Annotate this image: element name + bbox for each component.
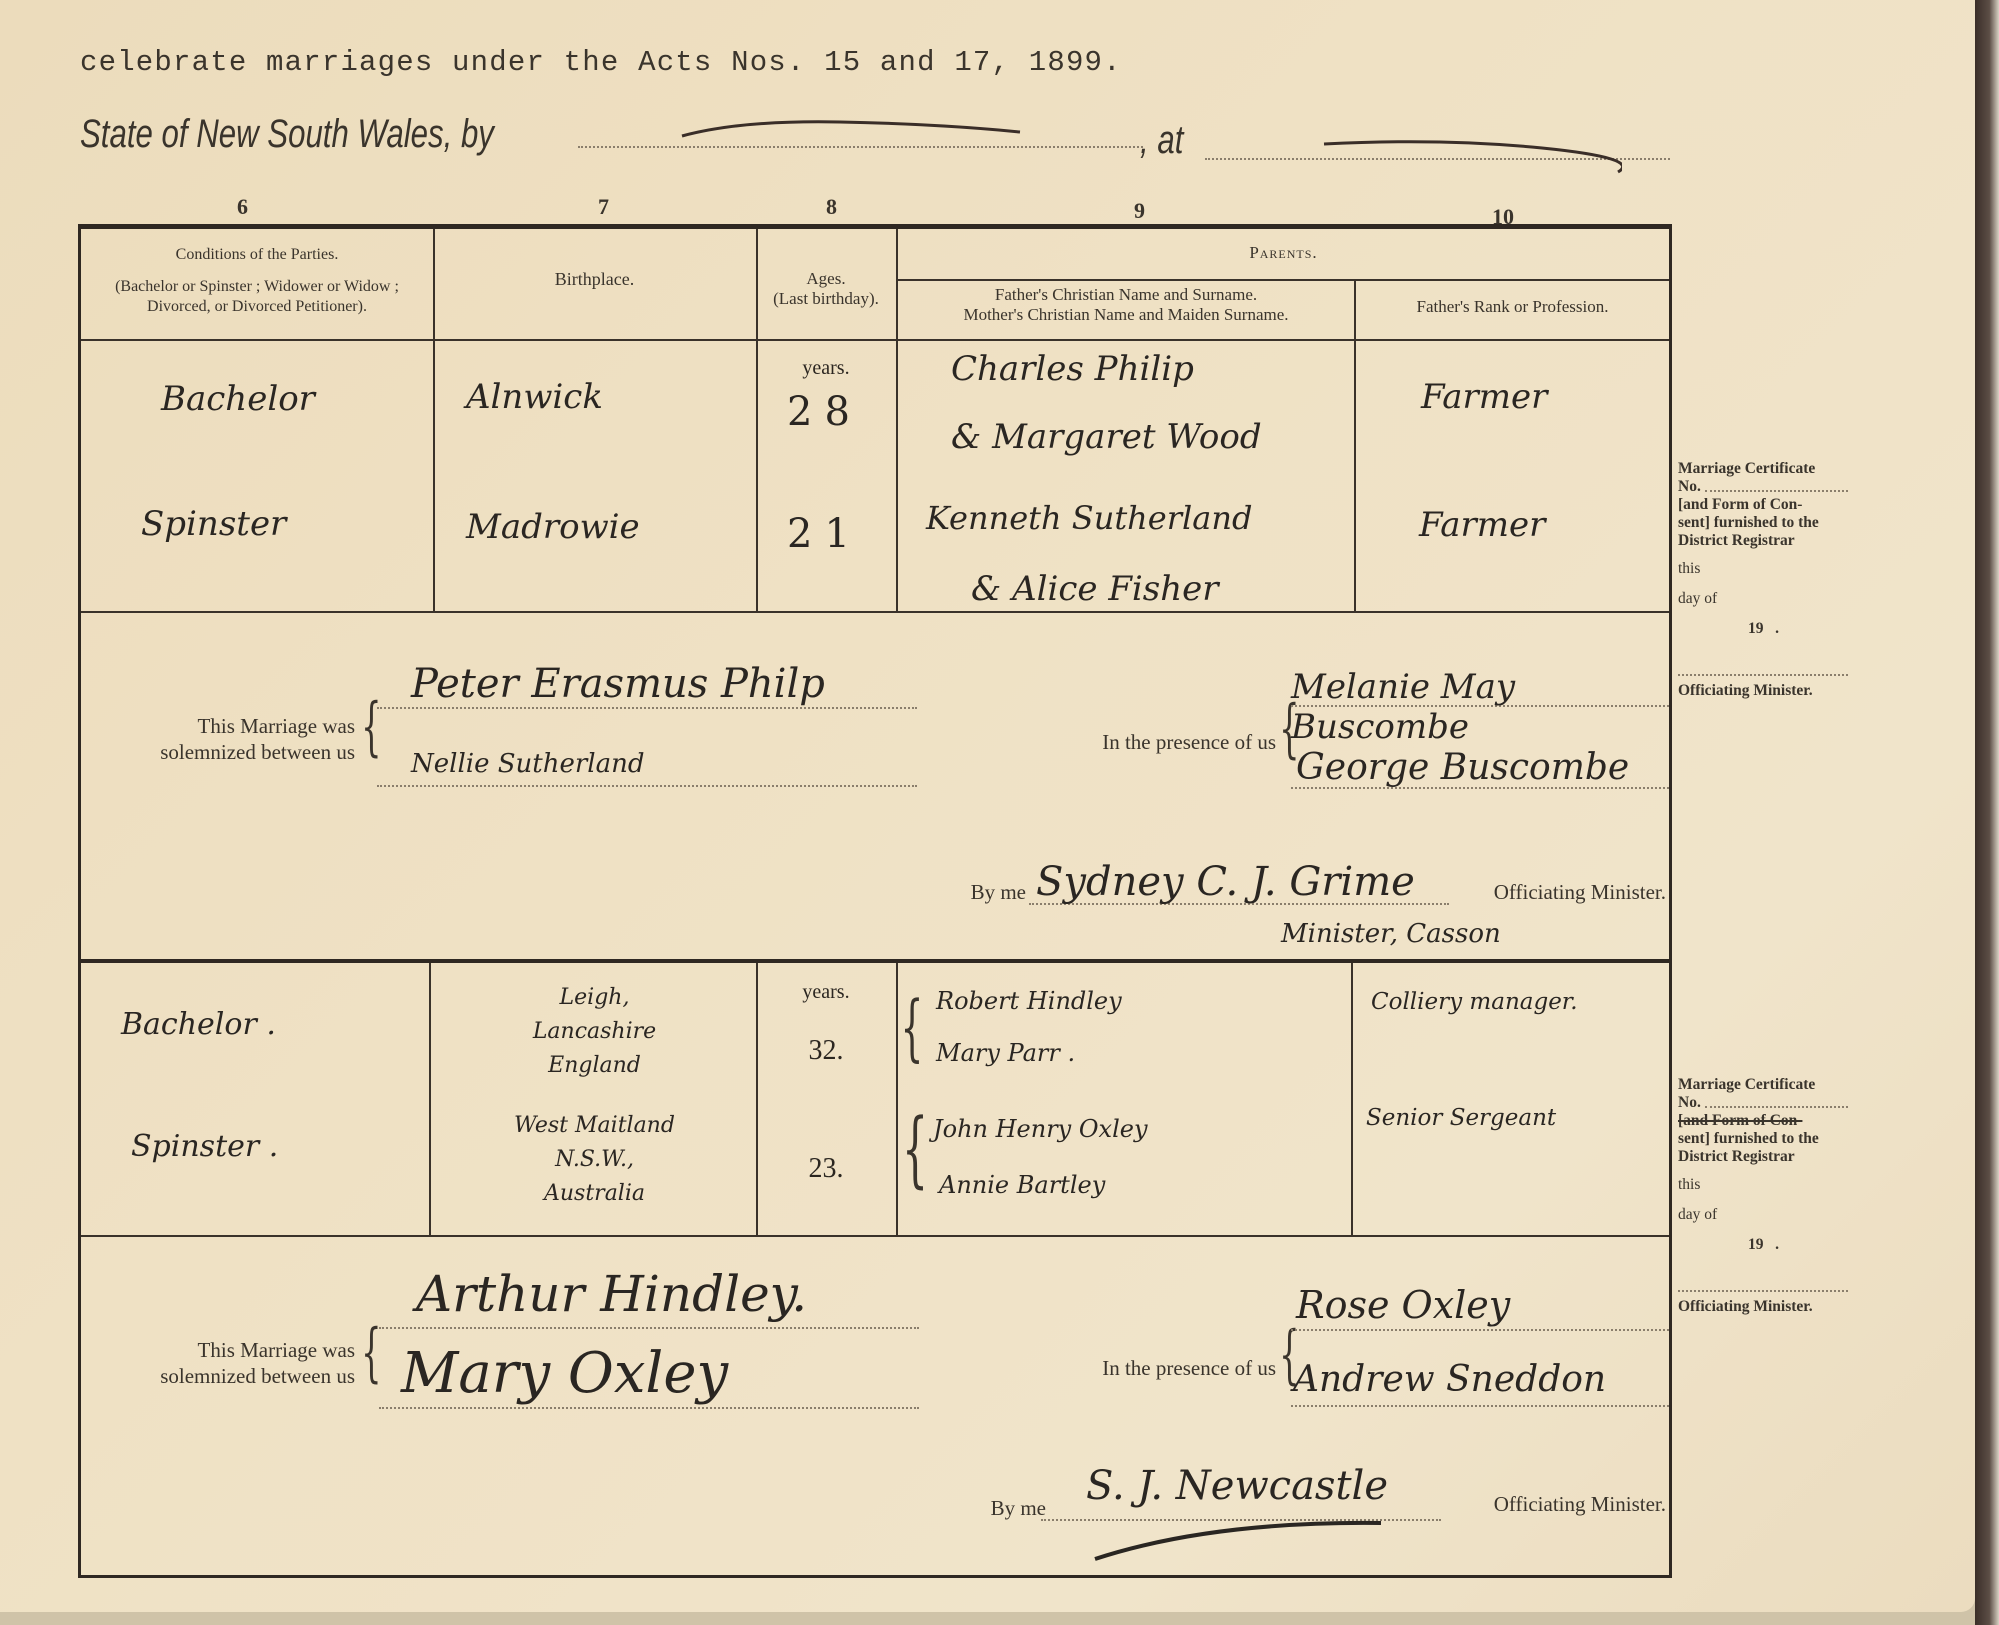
entry1-bride-father-rank: Farmer [1419, 505, 1545, 545]
margin-no-line [1705, 478, 1848, 492]
margin-note-2: Marriage Certificate No. [and Form of Co… [1678, 1076, 1848, 1316]
entry2-groom-birthplace: Leigh, Lancashire England [433, 981, 756, 1083]
margin-no-label: No. [1678, 478, 1701, 496]
entry2-groom-father-rank: Colliery manager. [1371, 989, 1578, 1015]
conditions-subtitle: (Bachelor or Spinster ; Widower or Widow… [81, 277, 433, 317]
entry2-groom-signature-line [379, 1327, 919, 1329]
entry1-groom-age: 28 [787, 389, 862, 435]
parents-divider [898, 279, 1669, 281]
header-birthplace: Birthplace. [433, 269, 756, 289]
entry1-bride-mother: & Alice Fisher [971, 569, 1219, 609]
entry-separator [81, 959, 1669, 963]
entry1-groom-signature-line [377, 707, 917, 709]
entry2-presence-label: In the presence of us [941, 1355, 1276, 1381]
header-father-rank: Father's Rank or Profession. [1356, 297, 1669, 317]
entry1-years-label: years. [756, 357, 896, 380]
entry1-bride-signature: Nellie Sutherland [411, 749, 645, 779]
entry1-row-divider [81, 611, 1669, 613]
entry2-groom-mother: Mary Parr . [936, 1039, 1075, 1067]
entry1-bride-birthplace: Madrowie [466, 507, 640, 547]
entry2-groom-age: 32. [756, 1035, 896, 1067]
entry2-by-me-label: By me [861, 1495, 1046, 1521]
register-page: celebrate marriages under the Acts Nos. … [0, 0, 1975, 1612]
entry1-groom-mother: & Margaret Wood [951, 417, 1262, 457]
parent-names-line-1: Father's Christian Name and Surname. [898, 285, 1354, 305]
margin-day-of: day of [1678, 1206, 1848, 1224]
header-ages: Ages. (Last birthday). [756, 269, 896, 309]
entry2-bride-birthplace: West Maitland N.S.W., Australia [433, 1109, 756, 1211]
entry1-witness-2: George Buscombe [1296, 747, 1629, 788]
margin-no-label: No. [1678, 1094, 1701, 1112]
by-blank-stroke [680, 118, 1025, 142]
entry1-officiating-label: Officiating Minister. [1421, 879, 1666, 905]
entry1-presence-label: In the presence of us [941, 729, 1276, 755]
ages-subtitle: (Last birthday). [756, 289, 896, 309]
entry1-couple-brace: { [361, 695, 381, 759]
column-number-7: 7 [598, 194, 609, 220]
entry2-couple-brace: { [361, 1321, 381, 1385]
margin-this: this [1678, 560, 1848, 578]
ages-title: Ages. [756, 269, 896, 289]
margin-officiating: Officiating Minister. [1678, 674, 1848, 700]
margin-year: 19 . [1748, 620, 1848, 638]
at-label: , at [1140, 118, 1183, 163]
entry2-groom-parents-brace: { [900, 991, 923, 1063]
entry2-signature-underline [1091, 1515, 1391, 1565]
bride-birthplace-line-2: N.S.W., [433, 1143, 756, 1177]
col-divider-3b [896, 963, 898, 1237]
header-conditions: Conditions of the Parties. (Bachelor or … [81, 245, 433, 317]
margin-cert-no-row: No. [1678, 478, 1848, 496]
entry1-minister-place: Minister, Casson [1281, 919, 1501, 949]
margin-consent-2: sent] furnished to the [1678, 514, 1848, 532]
header-divider [81, 339, 1669, 341]
solemnized-line-2: solemnized between us [81, 739, 355, 765]
column-number-6: 6 [237, 194, 248, 220]
acts-line: celebrate marriages under the Acts Nos. … [80, 46, 1122, 79]
header-parent-names: Father's Christian Name and Surname. Mot… [898, 285, 1354, 325]
state-line: State of New South Wales, by [80, 112, 494, 157]
column-number-9: 9 [1134, 198, 1145, 224]
margin-this: this [1678, 1176, 1848, 1194]
entry2-bride-signature-line [379, 1407, 919, 1409]
entry1-groom-birthplace: Alnwick [466, 377, 603, 417]
entry2-bride-condition: Spinster . [131, 1129, 278, 1164]
entry2-bride-age: 23. [756, 1153, 896, 1185]
entry2-groom-signature: Arthur Hindley. [416, 1265, 807, 1323]
solemnized-line-2: solemnized between us [81, 1363, 355, 1389]
margin-no-line [1705, 1094, 1848, 1108]
bride-birthplace-line-1: West Maitland [433, 1109, 756, 1143]
col-divider-4b [1351, 963, 1353, 1237]
entry1-groom-condition: Bachelor [161, 379, 315, 419]
entry2-row-divider [81, 1235, 1669, 1237]
margin-year: 19 . [1748, 1236, 1848, 1254]
margin-cert-label: Marriage Certificate [1678, 460, 1848, 478]
by-dotted-line [578, 146, 1143, 148]
entry2-witness-2: Andrew Sneddon [1293, 1359, 1606, 1400]
entry2-witness-1: Rose Oxley [1296, 1283, 1510, 1327]
entry1-minister-signature: Sydney C. J. Grime [1036, 859, 1415, 905]
entry1-solemnized-label: This Marriage was solemnized between us [81, 713, 355, 765]
entry2-witness2-line [1291, 1405, 1669, 1407]
parent-names-line-2: Mother's Christian Name and Maiden Surna… [898, 305, 1354, 325]
column-number-8: 8 [826, 194, 837, 220]
col-divider-4 [1354, 281, 1356, 613]
register-table: Conditions of the Parties. (Bachelor or … [78, 224, 1672, 1578]
entry1-by-me-label: By me [861, 879, 1026, 905]
margin-registrar: District Registrar [1678, 532, 1848, 550]
entry1-groom-signature: Peter Erasmus Philp [411, 661, 825, 707]
entry1-bride-condition: Spinster [141, 504, 286, 544]
margin-cert-label: Marriage Certificate [1678, 1076, 1848, 1094]
entry1-bride-signature-line [377, 785, 917, 787]
margin-year-value: 19 [1748, 1236, 1764, 1253]
entry1-witness-1: Melanie May Buscombe [1291, 667, 1669, 747]
entry2-bride-father: John Henry Oxley [933, 1115, 1148, 1143]
groom-birthplace-line-2: Lancashire [433, 1015, 756, 1049]
entry2-years-label: years. [756, 981, 896, 1004]
conditions-title: Conditions of the Parties. [81, 245, 433, 265]
entry2-bride-parents-brace: { [902, 1109, 928, 1191]
entry2-solemnized-label: This Marriage was solemnized between us [81, 1337, 355, 1389]
entry1-bride-age: 21 [787, 511, 862, 557]
margin-cert-no-row: No. [1678, 1094, 1848, 1112]
col-divider-1b [429, 963, 431, 1237]
entry2-bride-signature: Mary Oxley [401, 1341, 728, 1406]
groom-birthplace-line-1: Leigh, [433, 981, 756, 1015]
entry2-groom-father: Robert Hindley [936, 987, 1122, 1015]
col-divider-2b [756, 963, 758, 1237]
entry2-bride-mother: Annie Bartley [939, 1171, 1105, 1199]
margin-registrar: District Registrar [1678, 1148, 1848, 1166]
margin-consent-1-struck: [and Form of Con- [1678, 1112, 1848, 1130]
groom-birthplace-line-3: England [433, 1049, 756, 1083]
entry2-officiating-label: Officiating Minister. [1421, 1491, 1666, 1517]
margin-note-1: Marriage Certificate No. [and Form of Co… [1678, 460, 1848, 700]
margin-day-of: day of [1678, 590, 1848, 608]
entry2-minister-signature: S. J. Newcastle [1086, 1463, 1388, 1509]
margin-consent-2: sent] furnished to the [1678, 1130, 1848, 1148]
entry2-bride-father-rank: Senior Sergeant [1366, 1105, 1556, 1131]
entry2-witness1-line [1291, 1329, 1669, 1331]
at-blank-stroke [1322, 138, 1622, 178]
margin-year-value: 19 [1748, 620, 1764, 637]
entry1-groom-father: Charles Philip [951, 349, 1194, 389]
entry1-bride-father: Kenneth Sutherland [926, 499, 1252, 537]
solemnized-line-1: This Marriage was [81, 713, 355, 739]
margin-officiating: Officiating Minister. [1678, 1290, 1848, 1316]
entry1-groom-father-rank: Farmer [1421, 377, 1547, 417]
entry2-groom-condition: Bachelor . [121, 1007, 276, 1042]
book-binding-edge [1975, 0, 1999, 1625]
solemnized-line-1: This Marriage was [81, 1337, 355, 1363]
header-parents: Parents. [898, 243, 1669, 263]
margin-consent-1: [and Form of Con- [1678, 496, 1848, 514]
bride-birthplace-line-3: Australia [433, 1177, 756, 1211]
